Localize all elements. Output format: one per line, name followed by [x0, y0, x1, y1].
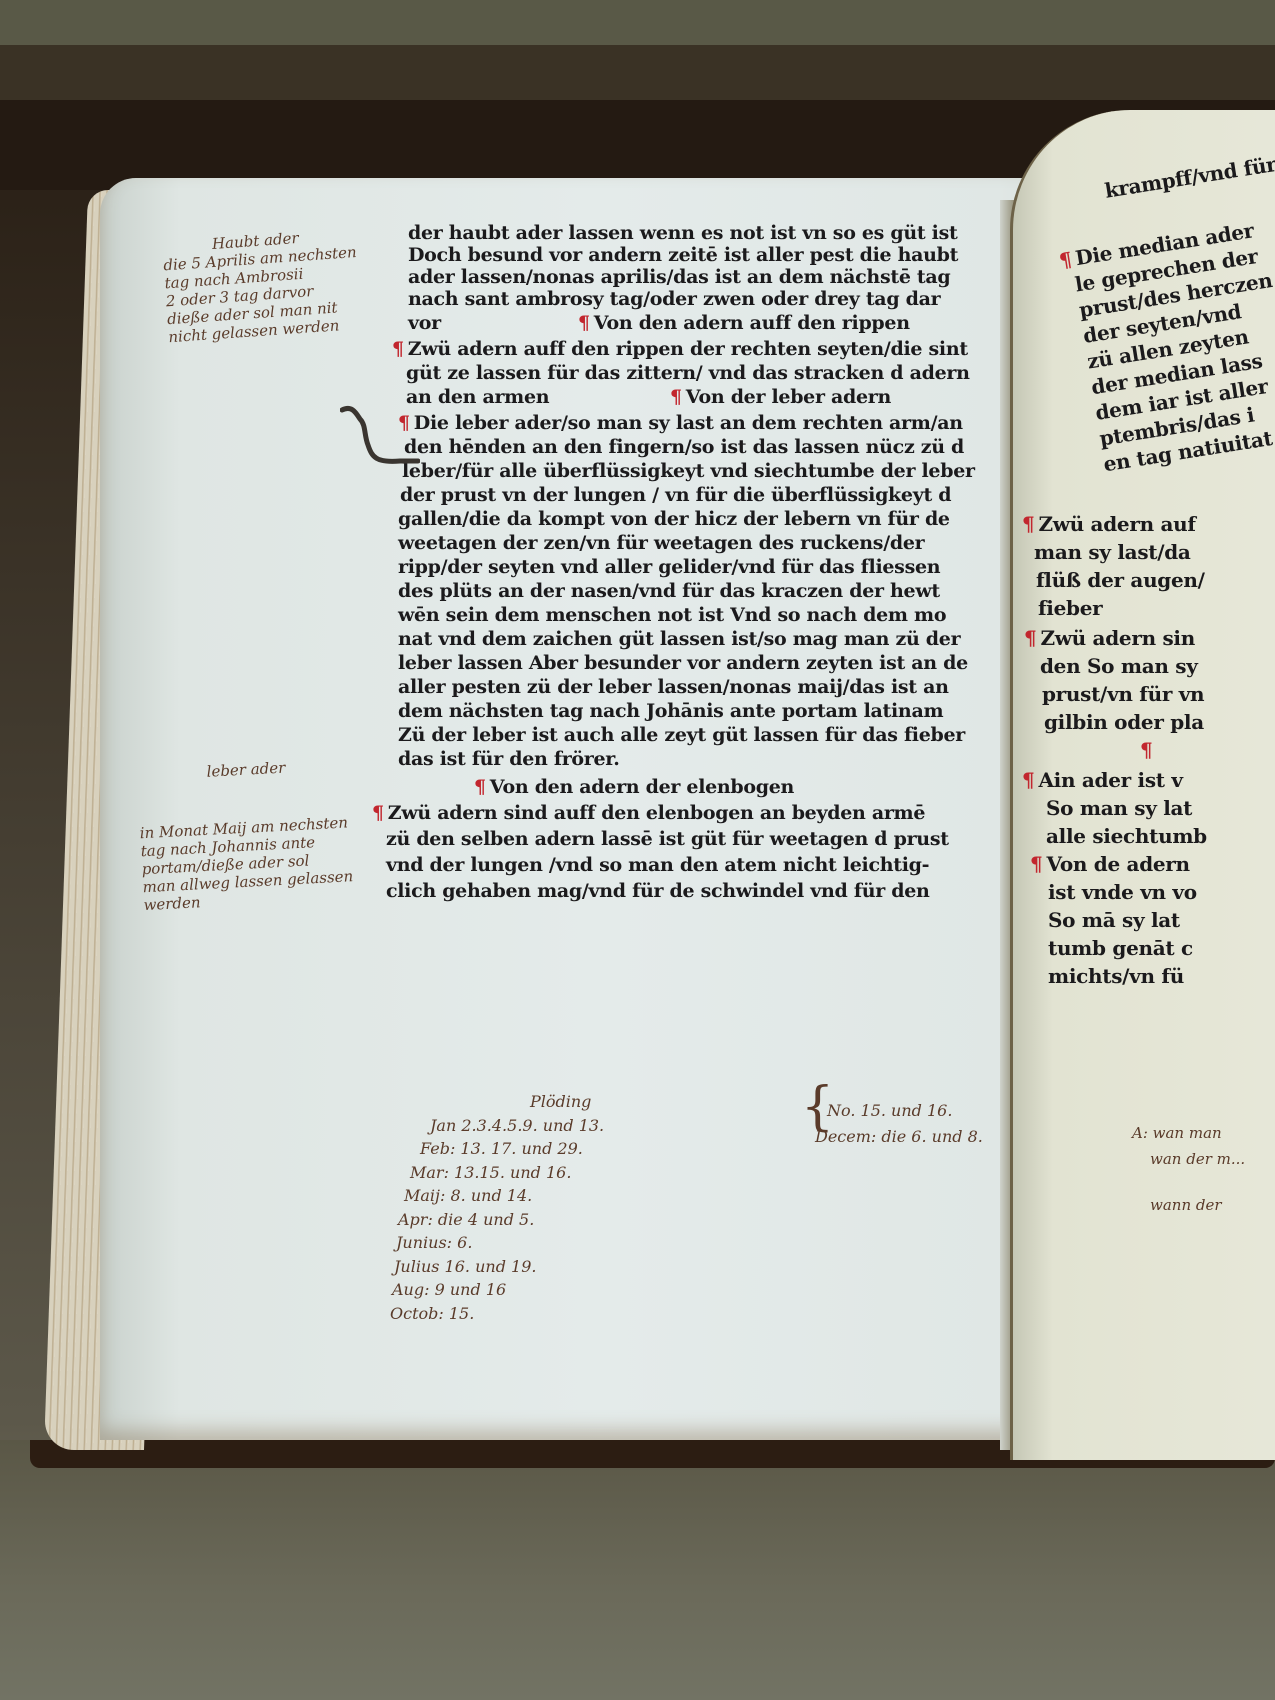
pilcrow-icon: ¶ [578, 312, 590, 334]
section-heading-elbow: ¶Von den adern der elenbogen [474, 776, 794, 798]
text-line: Doch besund vor andern zeitē ist aller p… [408, 244, 958, 266]
pilcrow-icon: ¶ [1030, 852, 1042, 876]
text-line: prust/vn für vn [1042, 682, 1204, 706]
text-line: fieber [1038, 596, 1102, 620]
section-heading-right: ¶Von de adern [1030, 852, 1190, 876]
paragraph-liver-start: ¶Die leber ader/so man sy last an dem re… [398, 412, 963, 434]
pilcrow-icon: ¶ [474, 776, 486, 798]
text-line: nach sant ambrosy tag/oder zwen oder dre… [408, 288, 940, 310]
right-page-margin-note: A: wan man wan der m... wann der [1132, 1120, 1245, 1218]
paragraph-eye-veins-start: ¶Zwü adern auf [1022, 512, 1196, 536]
pilcrow-icon: ¶ [1024, 626, 1036, 650]
handwritten-dates-list: Plöding Jan 2.3.4.5.9. und 13. Feb: 13. … [390, 1100, 604, 1325]
text-line: ader lassen/nonas aprilis/das ist an dem… [408, 266, 950, 288]
text-line: clich gehaben mag/vnd für de schwindel v… [386, 880, 930, 902]
desk-surface [0, 1440, 1275, 1700]
text-line: weetagen der zen/vn für weetagen des ruc… [398, 532, 924, 554]
pilcrow-icon: ¶ [392, 338, 404, 360]
text-line: aller pesten zü der leber lassen/nonas m… [398, 676, 949, 698]
pilcrow-icon: ¶ [670, 386, 682, 408]
paragraph-ribs-start: ¶Zwü adern auff den rippen der rechten s… [392, 338, 968, 360]
text-line: gilbin oder pla [1044, 710, 1204, 734]
section-heading-ribs: ¶Von den adern auff den rippen [578, 312, 910, 334]
text-line: das ist für den frörer. [398, 748, 620, 770]
section-heading-liver: ¶Von der leber adern [670, 386, 891, 408]
text-line: der haubt ader lassen wenn es not ist vn… [408, 222, 957, 244]
text-line: Zü der leber ist auch alle zeyt güt lass… [398, 724, 965, 746]
ink-pointer-icon [340, 405, 420, 485]
bracket-icon: { [801, 1094, 834, 1120]
text-line: alle siechtumb [1046, 824, 1207, 848]
text-line: zü den selben adern lassē ist güt für we… [386, 828, 949, 850]
pilcrow-icon: ¶ [1057, 247, 1073, 273]
text-line: güt ze lassen für das zittern/ vnd das s… [406, 362, 970, 384]
text-line: der prust vn der lungen / vn für die übe… [400, 484, 951, 506]
text-line: vor [408, 312, 441, 334]
text-line: So mā sy lat [1048, 908, 1180, 932]
text-line: leber lassen Aber besunder vor andern ze… [398, 652, 968, 674]
margin-note-top: Haubt ader die 5 Aprilis am nechsten tag… [162, 222, 409, 346]
pilcrow-icon: ¶ [1022, 512, 1034, 536]
text-line: leber/für alle überflüssigkeyt vnd siech… [402, 460, 975, 482]
handwritten-dates-bracket: { No. 15. und 16. Decem: die 6. und 8. [815, 1098, 983, 1150]
pilcrow-icon: ¶ [1022, 768, 1034, 792]
text-line: gallen/die da kompt von der hicz der leb… [398, 508, 950, 530]
text-line: ist vnde vn vo [1048, 880, 1197, 904]
text-line: wēn sein dem menschen not ist Vnd so nac… [398, 604, 946, 626]
text-line: vnd der lungen /vnd so man den atem nich… [386, 854, 929, 876]
paragraph-ain-ader-start: ¶Ain ader ist v [1022, 768, 1183, 792]
window-ledge [0, 0, 1275, 45]
paragraph-veins-start: ¶Zwü adern sin [1024, 626, 1195, 650]
text-line: flüß der augen/ [1036, 568, 1205, 592]
shelf-back [0, 45, 1275, 105]
paragraph-elbow-start: ¶Zwü adern sind auff den elenbogen an be… [372, 802, 925, 824]
text-line: tumb genāt c [1048, 936, 1193, 960]
text-line: man sy last/da [1034, 540, 1191, 564]
margin-note-middle: leber ader in Monat Maij am nechsten tag… [136, 754, 383, 914]
text-line: So man sy lat [1046, 796, 1192, 820]
text-line: dem nächsten tag nach Johānis ante porta… [398, 700, 943, 722]
text-line: den hēnden an den fingern/so ist das las… [404, 436, 964, 458]
pilcrow-heading-partial: ¶ [1140, 738, 1156, 762]
text-line: nat vnd dem zaichen güt lassen ist/so ma… [398, 628, 960, 650]
text-line: an den armen [406, 386, 549, 408]
pilcrow-icon: ¶ [1140, 738, 1152, 762]
text-line: des plüts an der nasen/vnd für das kracz… [398, 580, 940, 602]
text-line: michts/vn fü [1048, 964, 1184, 988]
text-line: ripp/der seyten vnd aller gelider/vnd fü… [398, 556, 940, 578]
text-line: den So man sy [1040, 654, 1198, 678]
